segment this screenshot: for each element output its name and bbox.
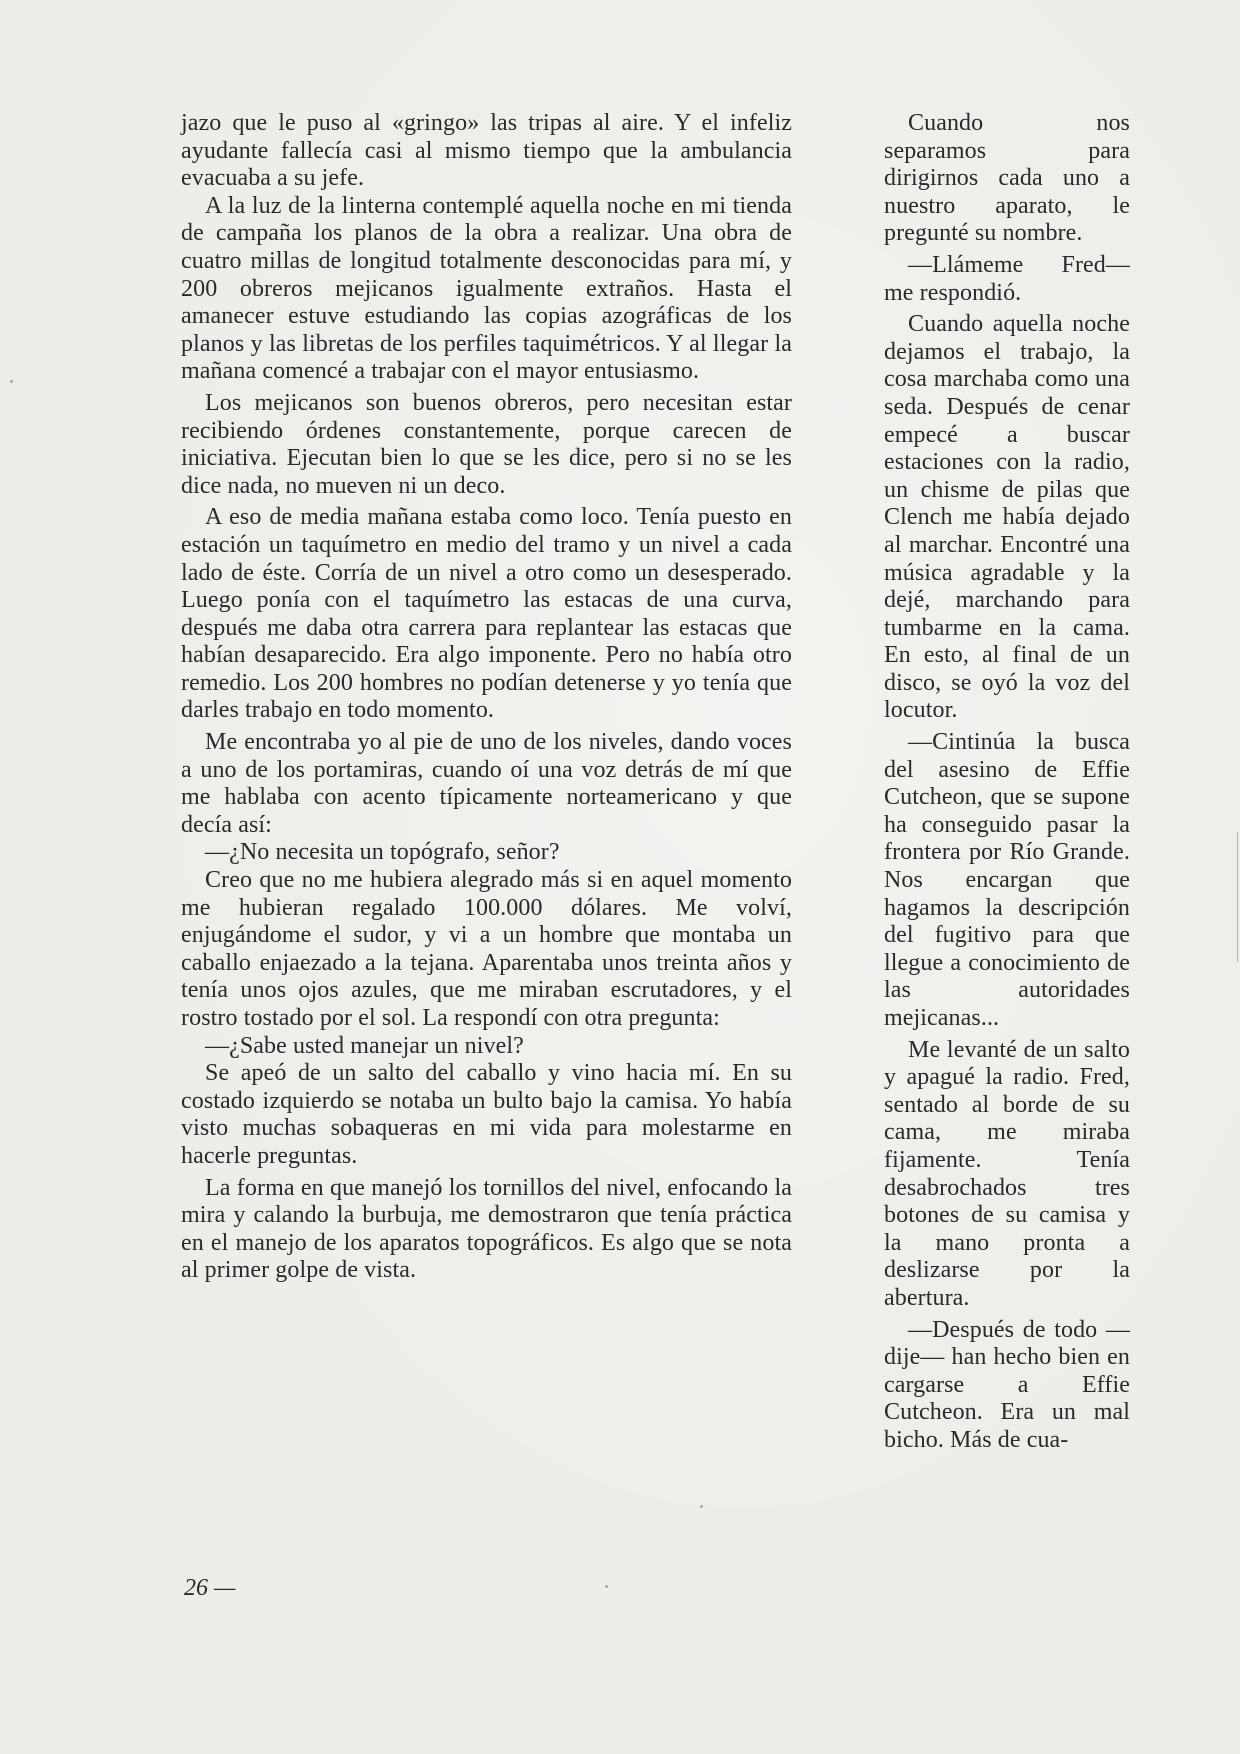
paragraph: Me encontraba yo al pie de uno de los ni… xyxy=(181,729,792,839)
left-text-column: jazo que le puso al «gringo» las tripas … xyxy=(181,110,792,1285)
dialogue-line: —¿Sabe usted manejar un nivel? xyxy=(181,1033,792,1061)
paragraph: Cuando nos separamos para dirigirnos cad… xyxy=(884,110,1130,248)
paragraph: Los mejicanos son buenos obreros, pero n… xyxy=(181,390,792,500)
dialogue-line: —Después de todo —dije— han hecho bien e… xyxy=(884,1317,1130,1455)
paper-speck xyxy=(605,1585,608,1588)
dialogue-line: —¿No necesita un topógrafo, señor? xyxy=(181,839,792,867)
dialogue-line: —Llámeme Fred— me respondió. xyxy=(884,252,1130,307)
paragraph: Cuando aquella noche dejamos el trabajo,… xyxy=(884,311,1130,725)
paragraph: La forma en que manejó los tornillos del… xyxy=(181,1175,792,1285)
dialogue-line: —Cintinúa la busca del asesino de Effie … xyxy=(884,729,1130,1033)
paragraph: Se apeó de un salto del caballo y vino h… xyxy=(181,1060,792,1170)
paragraph: jazo que le puso al «gringo» las tripas … xyxy=(181,110,792,193)
right-text-column: Cuando nos separamos para dirigirnos cad… xyxy=(884,110,1130,1455)
paragraph: Me levanté de un salto y apagué la radio… xyxy=(884,1037,1130,1313)
document-page: jazo que le puso al «gringo» las tripas … xyxy=(0,0,1240,1754)
paragraph: A eso de media mañana estaba como loco. … xyxy=(181,504,792,725)
paragraph: A la luz de la linterna contemplé aquell… xyxy=(181,193,792,386)
page-edge-mark xyxy=(1237,832,1238,962)
page-number: 26 — xyxy=(184,1575,235,1602)
paragraph: Creo que no me hubiera alegrado más si e… xyxy=(181,867,792,1033)
paper-speck xyxy=(700,1505,703,1508)
paper-speck xyxy=(10,380,13,383)
